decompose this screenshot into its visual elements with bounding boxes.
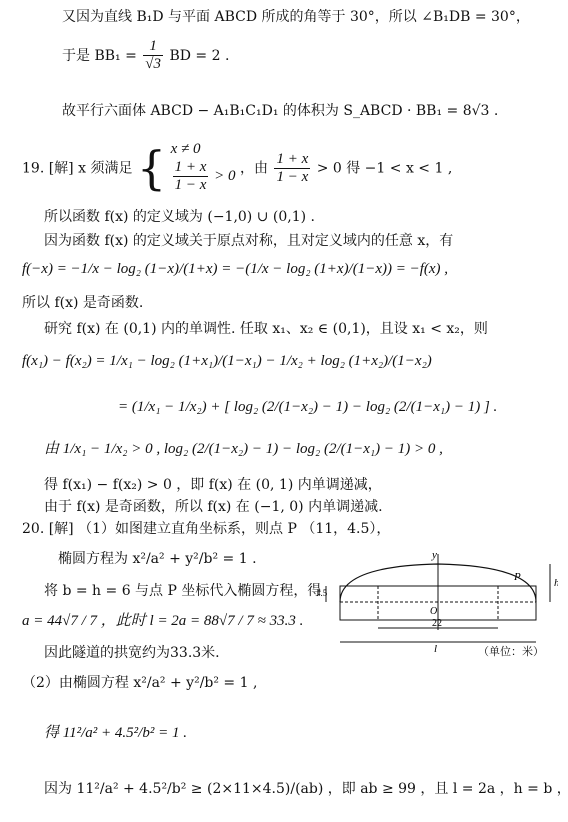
denominator: 1 − x <box>173 177 209 194</box>
denominator: 1 − x <box>274 169 310 186</box>
q19-diff-line2: = (1/x₁ − 1/x₂) + [ log₂ (2/(1−x₂) − 1) … <box>118 400 497 415</box>
denominator: √3 <box>143 56 163 73</box>
svg-text:4.5: 4.5 <box>318 588 328 598</box>
cond-result: > 0 得 −1 < x < 1 , <box>317 160 453 176</box>
q20-label: 20. [解] <box>22 521 74 537</box>
bb1-suffix: BD = 2 . <box>169 48 229 64</box>
numerator: 1 <box>143 38 163 56</box>
q19-header: 19. [解] x 须满足 { x ≠ 0 1 + x1 − x > 0 ，由 … <box>22 140 452 197</box>
condition-1: x ≠ 0 <box>171 142 236 157</box>
bb1-prefix: 于是 BB₁ = <box>62 48 137 64</box>
text-line-bb1: 于是 BB₁ = 1 √3 BD = 2 . <box>62 38 229 74</box>
q20-part2-intro: （2）由椭圆方程 x²/a² + y²/b² = 1 , <box>22 676 257 690</box>
numerator: 1 + x <box>274 151 310 169</box>
condition-system: x ≠ 0 1 + x1 − x > 0 <box>171 140 236 197</box>
text-line-angle: 又因为直线 B₁D 与平面 ABCD 所成的角等于 30°，所以 ∠B₁DB =… <box>62 10 530 24</box>
q20-width: 因此隧道的拱宽约为33.3米. <box>44 646 220 660</box>
by-text: ，由 <box>240 160 268 176</box>
q19-get: 得 f(x₁) − f(x₂) > 0 ，即 f(x) 在 (0, 1) 内单调… <box>44 478 382 492</box>
relation: > 0 <box>214 168 235 184</box>
q20-a-value: a = 44√7 / 7 ，此时 l = 2a = 88√7 / 7 ≈ 33.… <box>22 614 303 629</box>
q19-domain: 所以函数 f(x) 的定义域为 (−1,0) ∪ (0,1) . <box>44 210 315 224</box>
q20-substitute: 将 b = h = 6 与点 P 坐标代入椭圆方程，得 <box>44 584 321 598</box>
svg-text:y: y <box>431 550 437 561</box>
svg-text:22: 22 <box>432 618 442 629</box>
q19-odd-equation: f(−x) = −1/x − log₂ (1−x)/(1+x) = −(1/x … <box>22 262 448 277</box>
q19-label: 19. [解] <box>22 160 74 176</box>
q19-intro: x 须满足 <box>78 160 132 176</box>
q19-symmetric: 因为函数 f(x) 的定义域关于原点对称，且对定义域内的任意 x，有 <box>44 234 453 248</box>
q19-diff-line1: f(x₁) − f(x₂) = 1/x₁ − log₂ (1+x₁)/(1−x₁… <box>22 354 432 369</box>
unit-label: （单位：米） <box>478 646 544 657</box>
q20-intro-text: （1）如图建立直角坐标系，则点 P （11，4.5）， <box>78 521 390 537</box>
numerator: 1 + x <box>173 159 209 177</box>
q19-study: 研究 f(x) 在 (0,1) 内的单调性. 任取 x₁、x₂ ∈ (0,1)，… <box>44 322 488 336</box>
q19-since: 由 1/x₁ − 1/x₂ > 0 , log₂ (2/(1−x₂) − 1) … <box>44 442 443 457</box>
svg-text:O: O <box>430 606 437 617</box>
brace: { <box>137 145 166 191</box>
tunnel-ellipse-figure: y P h 4.5 O 22 l （单位：米） <box>318 550 558 660</box>
svg-text:P: P <box>513 571 521 583</box>
svg-text:h: h <box>554 577 558 589</box>
q20-part2-inequality: 因为 11²/a² + 4.5²/b² ≥ (2×11×4.5)/(ab) ，即… <box>44 782 568 796</box>
q19-final: 由于 f(x) 是奇函数，所以 f(x) 在 (−1, 0) 内单调递减. <box>44 500 383 514</box>
q19-odd-conclusion: 所以 f(x) 是奇函数. <box>22 296 143 310</box>
fraction: 1 √3 <box>143 38 163 74</box>
ellipse-diagram: y P h 4.5 O 22 l <box>318 550 558 660</box>
fraction: 1 + x1 − x <box>274 151 310 187</box>
q20-part2-get: 得 11²/a² + 4.5²/b² = 1 . <box>44 726 187 741</box>
condition-2: 1 + x1 − x > 0 <box>171 159 236 195</box>
text-line-volume: 故平行六面体 ABCD − A₁B₁C₁D₁ 的体积为 S_ABCD · BB₁… <box>62 104 498 118</box>
q20-ellipse-equation: 椭圆方程为 x²/a² + y²/b² = 1 . <box>58 552 257 566</box>
svg-text:l: l <box>434 643 437 655</box>
q20-part1-intro: 20. [解] （1）如图建立直角坐标系，则点 P （11，4.5）， <box>22 522 390 536</box>
